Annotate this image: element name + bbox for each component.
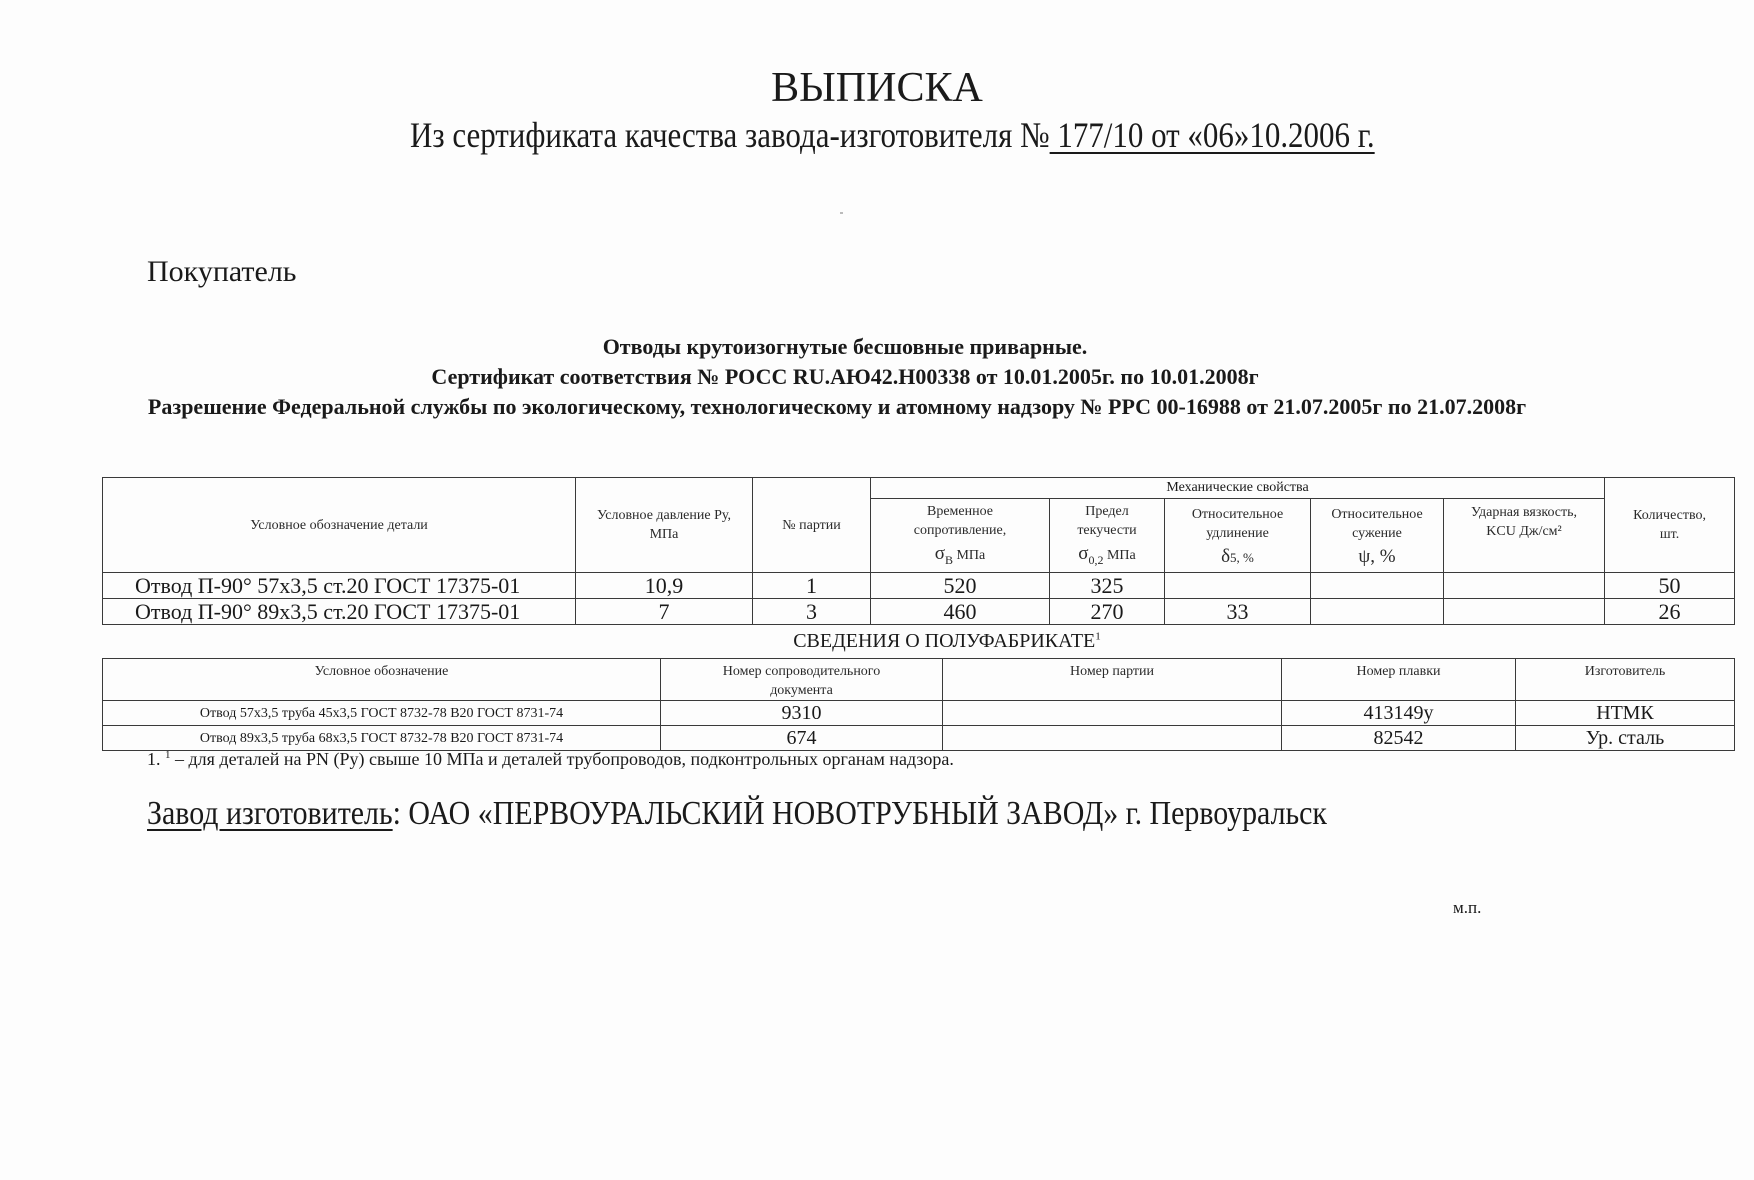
header-yield: Предел текучести σ0,2 МПа xyxy=(1050,499,1165,573)
table-row: Отвод П-90° 89х3,5 ст.20 ГОСТ 17375-01 7… xyxy=(103,599,1735,625)
permit-line: Разрешение Федеральной службы по экологи… xyxy=(0,392,1714,422)
header-heat-number: Номер плавки xyxy=(1282,659,1516,701)
cell-elongation xyxy=(1165,573,1311,599)
document-title: ВЫПИСКА xyxy=(0,64,1754,112)
header-doc-number: Номер сопроводительного документа xyxy=(661,659,943,701)
parts-table: Условное обозначение детали Условное дав… xyxy=(102,477,1735,625)
cell-heat-number: 413149у xyxy=(1282,701,1516,726)
cell-tensile: 520 xyxy=(871,573,1050,599)
cell-manufacturer: НТМК xyxy=(1516,701,1735,726)
header-designation: Условное обозначение детали xyxy=(103,478,576,573)
manufacturer-label: Завод изготовитель xyxy=(147,795,393,832)
certificate-number: 177/10 от «06»10.2006 г. xyxy=(1050,115,1375,155)
header-tensile-symbol: σВ МПа xyxy=(871,544,1049,570)
buyer-label: Покупатель xyxy=(147,255,297,289)
manufacturer-value: : ОАО «ПЕРВОУРАЛЬСКИЙ НОВОТРУБНЫЙ ЗАВОД»… xyxy=(393,795,1327,832)
stamp-placeholder: м.п. xyxy=(1453,898,1481,918)
header-elongation: Относительное удлинение δ5, % xyxy=(1165,499,1311,573)
cell-elongation: 33 xyxy=(1165,599,1311,625)
semifinished-title: СВЕДЕНИЯ О ПОЛУФАБРИКАТЕ1 xyxy=(70,630,1754,653)
header-pressure: Условное давление Ру, МПа xyxy=(576,478,753,573)
certificate-line: Сертификат соответствия № РОСС RU.АЮ42.Н… xyxy=(0,362,1722,392)
product-heading: Отводы крутоизогнутые бесшовные приварны… xyxy=(0,332,1722,362)
cell-doc-number: 9310 xyxy=(661,701,943,726)
table-row: Отвод 89х3,5 труба 68х3,5 ГОСТ 8732-78 В… xyxy=(103,726,1735,751)
cell-designation: Отвод П-90° 89х3,5 ст.20 ГОСТ 17375-01 xyxy=(103,599,576,625)
header-yield-label: Предел текучести xyxy=(1050,502,1164,540)
cell-batch-number xyxy=(943,726,1282,751)
table-row: Отвод П-90° 57х3,5 ст.20 ГОСТ 17375-01 1… xyxy=(103,573,1735,599)
product-heading-block: Отводы крутоизогнутые бесшовные приварны… xyxy=(0,332,1754,422)
header-manufacturer: Изготовитель xyxy=(1516,659,1735,701)
cell-batch: 3 xyxy=(753,599,871,625)
header-tensile-label: Временное сопротивление, xyxy=(871,502,1049,540)
cell-impact xyxy=(1444,599,1605,625)
cell-manufacturer: Ур. сталь xyxy=(1516,726,1735,751)
header-impact: Ударная вязкость, KCU Дж/см² xyxy=(1444,499,1605,573)
cell-reduction xyxy=(1311,573,1444,599)
cell-designation: Отвод 57х3,5 труба 45х3,5 ГОСТ 8732-78 В… xyxy=(103,701,661,726)
scan-speck xyxy=(840,212,843,214)
header-yield-symbol: σ0,2 МПа xyxy=(1050,544,1164,570)
header-mechanical-properties: Механические свойства xyxy=(871,478,1605,499)
cell-pressure: 7 xyxy=(576,599,753,625)
manufacturer-line: Завод изготовитель: ОАО «ПЕРВОУРАЛЬСКИЙ … xyxy=(147,795,1327,833)
subtitle-prefix: Из сертификата качества завода-изготовит… xyxy=(410,115,1050,155)
cell-batch-number xyxy=(943,701,1282,726)
semifinished-table: Условное обозначение Номер сопроводитель… xyxy=(102,658,1735,751)
cell-quantity: 26 xyxy=(1605,599,1735,625)
header-reduction-label: Относительное сужение xyxy=(1311,505,1443,543)
header-reduction-symbol: ψ, % xyxy=(1311,547,1443,566)
cell-designation: Отвод 89х3,5 труба 68х3,5 ГОСТ 8732-78 В… xyxy=(103,726,661,751)
header-reduction: Относительное сужение ψ, % xyxy=(1311,499,1444,573)
header-quantity: Количество, шт. xyxy=(1605,478,1735,573)
cell-heat-number: 82542 xyxy=(1282,726,1516,751)
cell-yield: 325 xyxy=(1050,573,1165,599)
header-batch: № партии xyxy=(753,478,871,573)
table-row: Отвод 57х3,5 труба 45х3,5 ГОСТ 8732-78 В… xyxy=(103,701,1735,726)
header-tensile: Временное сопротивление, σВ МПа xyxy=(871,499,1050,573)
cell-yield: 270 xyxy=(1050,599,1165,625)
cell-pressure: 10,9 xyxy=(576,573,753,599)
footnote: 1. 1 – для деталей на PN (Ру) свыше 10 М… xyxy=(147,749,954,770)
cell-impact xyxy=(1444,573,1605,599)
cell-doc-number: 674 xyxy=(661,726,943,751)
header-elongation-symbol: δ5, % xyxy=(1165,547,1310,567)
cell-designation: Отвод П-90° 57х3,5 ст.20 ГОСТ 17375-01 xyxy=(103,573,576,599)
cell-quantity: 50 xyxy=(1605,573,1735,599)
header-elongation-label: Относительное удлинение xyxy=(1165,505,1310,543)
cell-reduction xyxy=(1311,599,1444,625)
cell-tensile: 460 xyxy=(871,599,1050,625)
header-batch-number: Номер партии xyxy=(943,659,1282,701)
header-designation: Условное обозначение xyxy=(103,659,661,701)
cell-batch: 1 xyxy=(753,573,871,599)
document-subtitle: Из сертификата качества завода-изготовит… xyxy=(410,114,1375,156)
